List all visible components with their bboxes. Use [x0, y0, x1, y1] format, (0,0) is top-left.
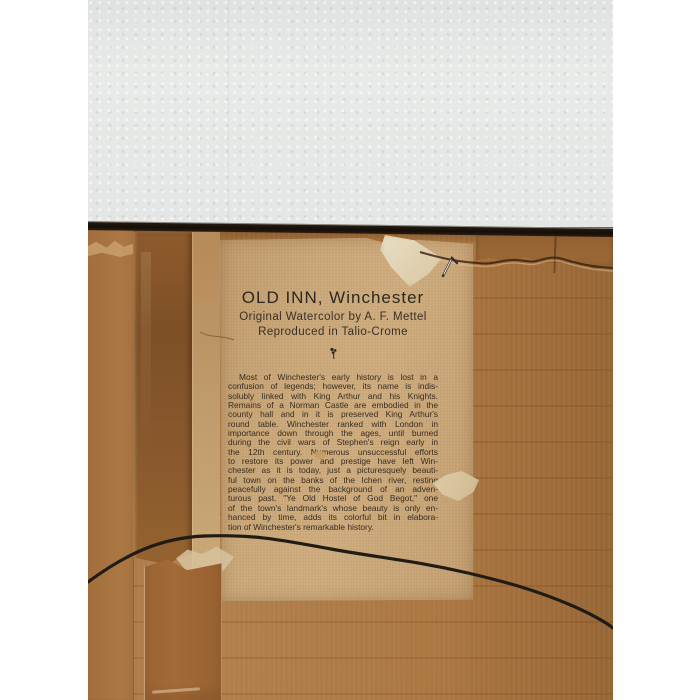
bottom-tape-strip [144, 559, 222, 700]
paragraph-line: tion of Winchester's remarkable history. [228, 523, 438, 532]
label-paragraph: Most of Winchester's early history is lo… [228, 373, 438, 532]
label-subtitle-artist: Original Watercolor by A. F. Mettel [228, 311, 438, 323]
wall [88, 0, 613, 232]
left-tape-column [88, 227, 134, 700]
photograph-of-frame-back: OLD INN, Winchester Original Watercolor … [88, 0, 613, 700]
label-subtitle-process: Reproduced in Talio-Crome [228, 326, 438, 338]
glossy-tape-strip [133, 232, 192, 564]
light-tape-strip [192, 232, 220, 602]
paper-label: OLD INN, Winchester Original Watercolor … [220, 238, 473, 601]
label-title: OLD INN, Winchester [228, 288, 438, 308]
fleuron-ornament-icon [329, 347, 338, 360]
wall-seam [228, 0, 229, 224]
cardboard-backing: OLD INN, Winchester Original Watercolor … [88, 227, 613, 700]
